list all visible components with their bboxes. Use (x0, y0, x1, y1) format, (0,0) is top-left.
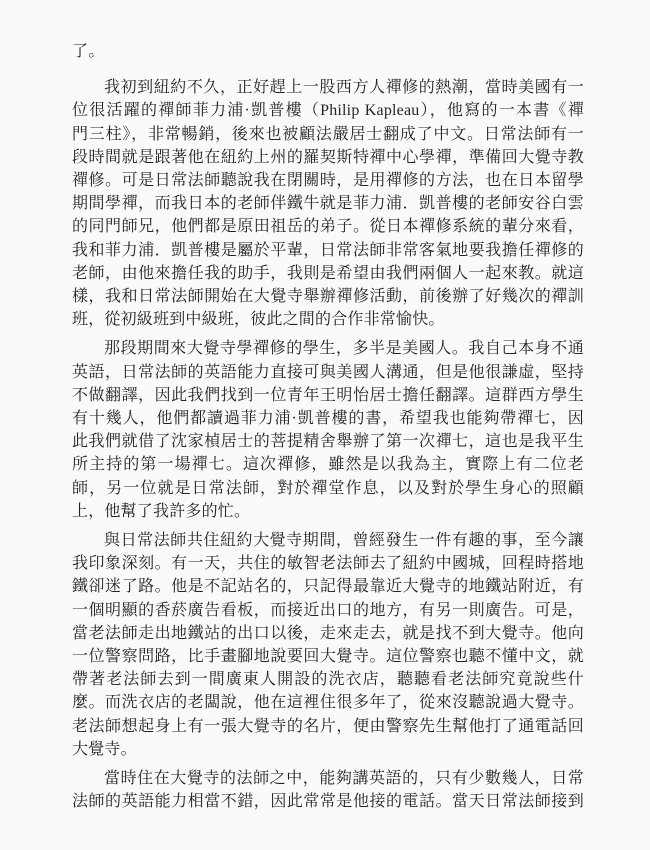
text-line: 所主持的第一場禪七。這次禪修，雖然是以我為主，實際上有二位老 (72, 453, 584, 476)
text-line: 不做翻譯，因此我們找到一位青年王明怡居士擔任翻譯。這群西方學生 (72, 384, 584, 407)
text-line: 了。 (72, 40, 584, 63)
text-line: 麼。而洗衣店的老闆說，他在這裡住很多年了，從來沒聽說過大覺寺。 (72, 691, 584, 714)
text-line: 我和菲力浦．凱普樓是屬於平輩，日常法師非常客氣地要我擔任禪修的 (72, 239, 584, 262)
text-line: 的同門師兄，他們都是原田祖岳的弟子。從日本禪修系統的輩分來看， (72, 215, 584, 238)
text-line: 門三柱》，非常暢銷，後來也被顧法嚴居士翻成了中文。日常法師有一 (72, 123, 584, 146)
text-line: 師，另一位就是日常法師，對於禪堂作息，以及對於學生身心的照顧 (72, 477, 584, 500)
text-line: 當老法師走出地鐵站的出口以後，走來走去，就是找不到大覺寺。他向 (72, 622, 584, 645)
text-line: 英語，日常法師的英語能力直接可與美國人溝通，但是他很謙虛，堅持 (72, 361, 584, 384)
text-line: 我印象深刻。有一天，共住的敏智老法師去了紐約中國城，回程時搭地 (72, 552, 584, 575)
paragraph: 了。 (72, 40, 584, 63)
text-line: 位很活躍的禪師菲力浦·凱普樓（Philip Kapleau），他寫的一本書《禪 (72, 99, 584, 122)
text-line: 那段期間來大覺寺學禪修的學生，多半是美國人。我自己本身不通 (72, 337, 584, 360)
text-line: 一位警察問路，比手畫腳地說要回大覺寺。這位警察也聽不懂中文，就 (72, 645, 584, 668)
paragraph: 與日常法師共住紐約大覺寺期間，曾經發生一件有趣的事，至今讓 我印象深刻。有一天，… (72, 529, 584, 761)
text-line: 當時住在大覺寺的法師之中，能夠講英語的，只有少數幾人，日常 (72, 767, 584, 790)
text-line: 法師的英語能力相當不錯，因此常常是他接的電話。當天日常法師接到 (72, 790, 584, 813)
document-page: 了。 我初到紐約不久，正好趕上一股西方人禪修的熱潮，當時美國有一 位很活躍的禪師… (72, 40, 584, 820)
text-line: 帶著老法師去到一間廣東人開設的洗衣店，聽聽看老法師究竟說些什 (72, 668, 584, 691)
text-line: 班，從初級班到中級班，彼此之間的合作非常愉快。 (72, 308, 584, 331)
paragraph: 我初到紐約不久，正好趕上一股西方人禪修的熱潮，當時美國有一 位很活躍的禪師菲力浦… (72, 76, 584, 331)
text-line: 我初到紐約不久，正好趕上一股西方人禪修的熱潮，當時美國有一 (72, 76, 584, 99)
text-line: 與日常法師共住紐約大覺寺期間，曾經發生一件有趣的事，至今讓 (72, 529, 584, 552)
text-line: 一個明顯的香菸廣告看板，而接近出口的地方，有另一則廣告。可是， (72, 599, 584, 622)
text-line: 樣，我和日常法師開始在大覺寺舉辦禪修活動，前後辦了好幾次的禪訓 (72, 285, 584, 308)
text-line: 有十幾人，他們都讀過菲力浦·凱普樓的書，希望我也能夠帶禪七，因 (72, 407, 584, 430)
text-line: 段時間就是跟著他在紐約上州的羅契斯特禪中心學禪，準備回大覺寺教 (72, 146, 584, 169)
paragraph: 那段期間來大覺寺學禪修的學生，多半是美國人。我自己本身不通 英語，日常法師的英語… (72, 337, 584, 523)
text-line: 禪修。可是日常法師聽說我在閉關時，是用禪修的方法，也在日本留學 (72, 169, 584, 192)
paragraph: 當時住在大覺寺的法師之中，能夠講英語的，只有少數幾人，日常 法師的英語能力相當不… (72, 767, 584, 813)
text-line: 鐵卻迷了路。他是不記站名的，只記得最靠近大覺寺的地鐵站附近，有 (72, 575, 584, 598)
text-line: 老法師想起身上有一張大覺寺的名片，便由警察先生幫他打了通電話回 (72, 715, 584, 738)
text-line: 期間學禪，而我日本的老師伴鐵牛就是菲力浦．凱普樓的老師安谷白雲 (72, 192, 584, 215)
scanned-book-page: { "palette": { "page_background": "#fbfa… (0, 0, 650, 850)
text-line: 此我們就借了沈家楨居士的菩提精舍舉辦了第一次禪七，這也是我平生 (72, 430, 584, 453)
text-line: 老師，由他來擔任我的助手，我則是希望由我們兩個人一起來教。就這 (72, 262, 584, 285)
text-line: 上，他幫了我許多的忙。 (72, 500, 584, 523)
text-line: 大覺寺。 (72, 738, 584, 761)
